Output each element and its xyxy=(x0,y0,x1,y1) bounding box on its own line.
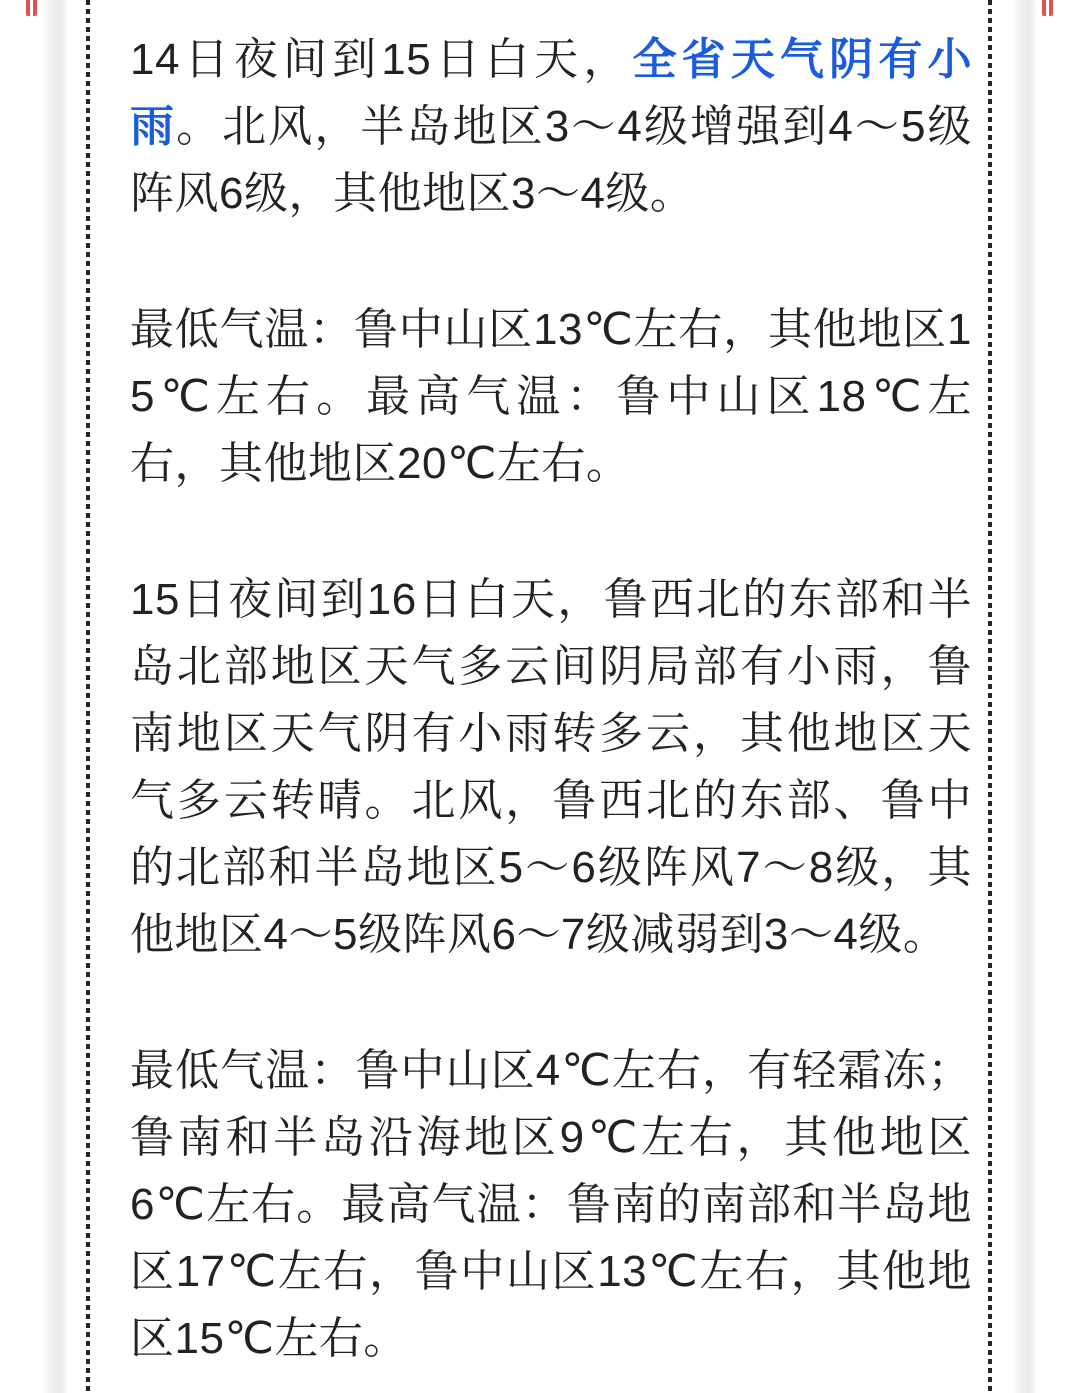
article-page: 14日夜间到15日白天，全省天气阴有小雨。北风，半岛地区3～4级增强到4～5级阵… xyxy=(0,0,1080,1393)
right-dashed-border xyxy=(988,0,992,1393)
forecast-paragraph: 15日夜间到16日白天，鲁西北的东部和半岛北部地区天气多云间阴局部有小雨，鲁南地… xyxy=(130,566,972,968)
forecast-text-segment: 最低气温：鲁中山区4℃左右，有轻霜冻；鲁南和半岛沿海地区9℃左右，其他地区6℃左… xyxy=(130,1046,972,1363)
forecast-text-body: 14日夜间到15日白天，全省天气阴有小雨。北风，半岛地区3～4级增强到4～5级阵… xyxy=(130,26,972,1372)
forecast-text-segment: 14日夜间到15日白天， xyxy=(130,35,633,84)
forecast-text-segment: 最低气温：鲁中山区13℃左右，其他地区15℃左右。最高气温：鲁中山区18℃左右，… xyxy=(130,305,972,488)
forecast-text-segment: 。北风，半岛地区3～4级增强到4～5级阵风6级，其他地区3～4级。 xyxy=(130,102,972,218)
forecast-text-segment: 15日夜间到16日白天，鲁西北的东部和半岛北部地区天气多云间阴局部有小雨，鲁南地… xyxy=(130,575,972,959)
right-page-edge-shadow xyxy=(1012,0,1038,1393)
left-dashed-border xyxy=(86,0,90,1393)
top-left-red-mark xyxy=(26,0,37,16)
forecast-paragraph: 最低气温：鲁中山区13℃左右，其他地区15℃左右。最高气温：鲁中山区18℃左右，… xyxy=(130,296,972,497)
forecast-paragraph: 最低气温：鲁中山区4℃左右，有轻霜冻；鲁南和半岛沿海地区9℃左右，其他地区6℃左… xyxy=(130,1037,972,1372)
left-page-edge-shadow xyxy=(42,0,68,1393)
forecast-paragraph: 14日夜间到15日白天，全省天气阴有小雨。北风，半岛地区3～4级增强到4～5级阵… xyxy=(130,26,972,227)
top-right-red-mark xyxy=(1042,0,1053,16)
